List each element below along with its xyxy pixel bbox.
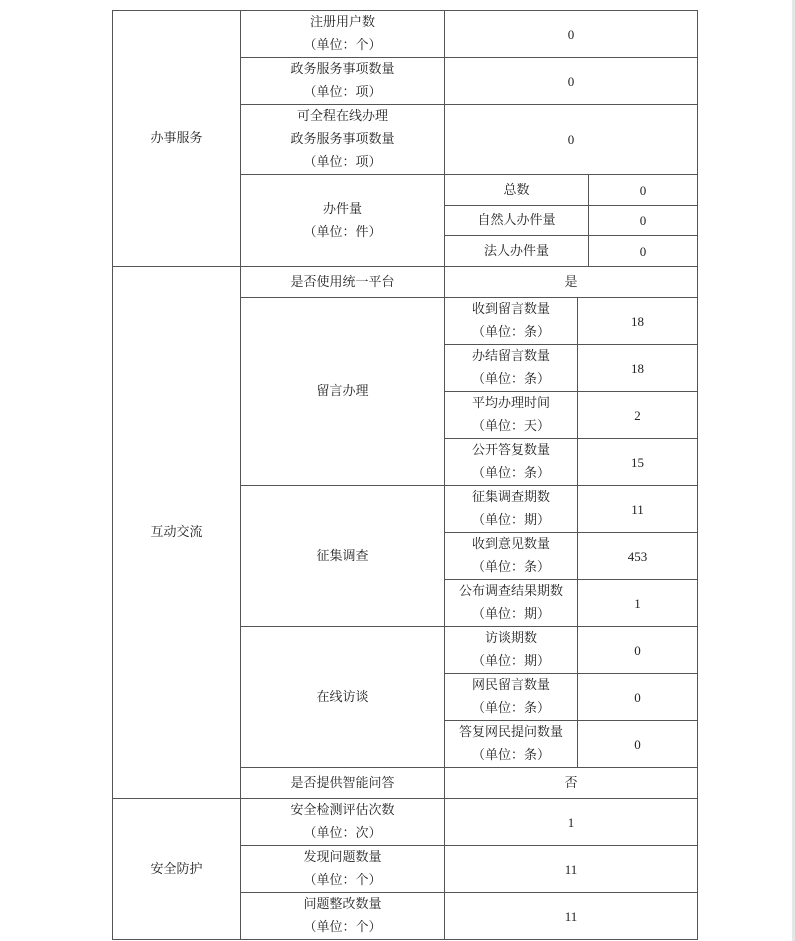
- smart-qa-label: 是否提供智能问答: [241, 768, 445, 799]
- issues-fixed-label: 问题整改数量 （单位：个）: [241, 893, 445, 940]
- service-items-label: 政务服务事项数量 （单位：项）: [241, 58, 445, 105]
- public-replies-label: 公开答复数量 （单位：条）: [445, 439, 578, 486]
- category-interaction: 互动交流: [113, 267, 241, 799]
- cases-individual-value: 0: [589, 206, 698, 236]
- online-items-label: 可全程在线办理 政务服务事项数量 （单位：项）: [241, 105, 445, 175]
- category-security: 安全防护: [113, 799, 241, 940]
- messages-received-label: 收到留言数量 （单位：条）: [445, 298, 578, 345]
- registered-users-label: 注册用户数 （单位：个）: [241, 11, 445, 58]
- service-items-value: 0: [445, 58, 698, 105]
- survey-periods-label: 征集调查期数 （单位：期）: [445, 486, 578, 533]
- avg-handling-time-value: 2: [578, 392, 698, 439]
- security-checks-value: 1: [445, 799, 698, 846]
- interviews-label: 在线访谈: [241, 627, 445, 768]
- online-items-value: 0: [445, 105, 698, 175]
- cases-total-label: 总数: [445, 175, 589, 206]
- interview-periods-label: 访谈期数 （单位：期）: [445, 627, 578, 674]
- messages-received-value: 18: [578, 298, 698, 345]
- questions-answered-value: 0: [578, 721, 698, 768]
- issues-found-label: 发现问题数量 （单位：个）: [241, 846, 445, 893]
- cases-label: 办件量 （单位：件）: [241, 175, 445, 267]
- questions-answered-label: 答复网民提问数量 （单位：条）: [445, 721, 578, 768]
- issues-fixed-value: 11: [445, 893, 698, 940]
- survey-results-label: 公布调查结果期数 （单位：期）: [445, 580, 578, 627]
- issues-found-value: 11: [445, 846, 698, 893]
- interview-periods-value: 0: [578, 627, 698, 674]
- opinions-received-label: 收到意见数量 （单位：条）: [445, 533, 578, 580]
- registered-users-value: 0: [445, 11, 698, 58]
- netizen-messages-value: 0: [578, 674, 698, 721]
- smart-qa-value: 否: [445, 768, 698, 799]
- unified-platform-label: 是否使用统一平台: [241, 267, 445, 298]
- table-row: 安全防护 安全检测评估次数 （单位：次） 1: [113, 799, 698, 846]
- opinions-received-value: 453: [578, 533, 698, 580]
- cases-individual-label: 自然人办件量: [445, 206, 589, 236]
- cases-total-value: 0: [589, 175, 698, 206]
- netizen-messages-label: 网民留言数量 （单位：条）: [445, 674, 578, 721]
- cases-legal-label: 法人办件量: [445, 236, 589, 267]
- survey-periods-value: 11: [578, 486, 698, 533]
- unified-platform-value: 是: [445, 267, 698, 298]
- security-checks-label: 安全检测评估次数 （单位：次）: [241, 799, 445, 846]
- cases-legal-value: 0: [589, 236, 698, 267]
- surveys-label: 征集调查: [241, 486, 445, 627]
- table-row: 办事服务 注册用户数 （单位：个） 0: [113, 11, 698, 58]
- messages-closed-label: 办结留言数量 （单位：条）: [445, 345, 578, 392]
- survey-results-value: 1: [578, 580, 698, 627]
- avg-handling-time-label: 平均办理时间 （单位：天）: [445, 392, 578, 439]
- messages-label: 留言办理: [241, 298, 445, 486]
- category-service: 办事服务: [113, 11, 241, 267]
- table-row: 互动交流 是否使用统一平台 是: [113, 267, 698, 298]
- public-replies-value: 15: [578, 439, 698, 486]
- messages-closed-value: 18: [578, 345, 698, 392]
- statistics-table: 办事服务 注册用户数 （单位：个） 0 政务服务事项数量 （单位：项） 0 可全…: [112, 10, 698, 940]
